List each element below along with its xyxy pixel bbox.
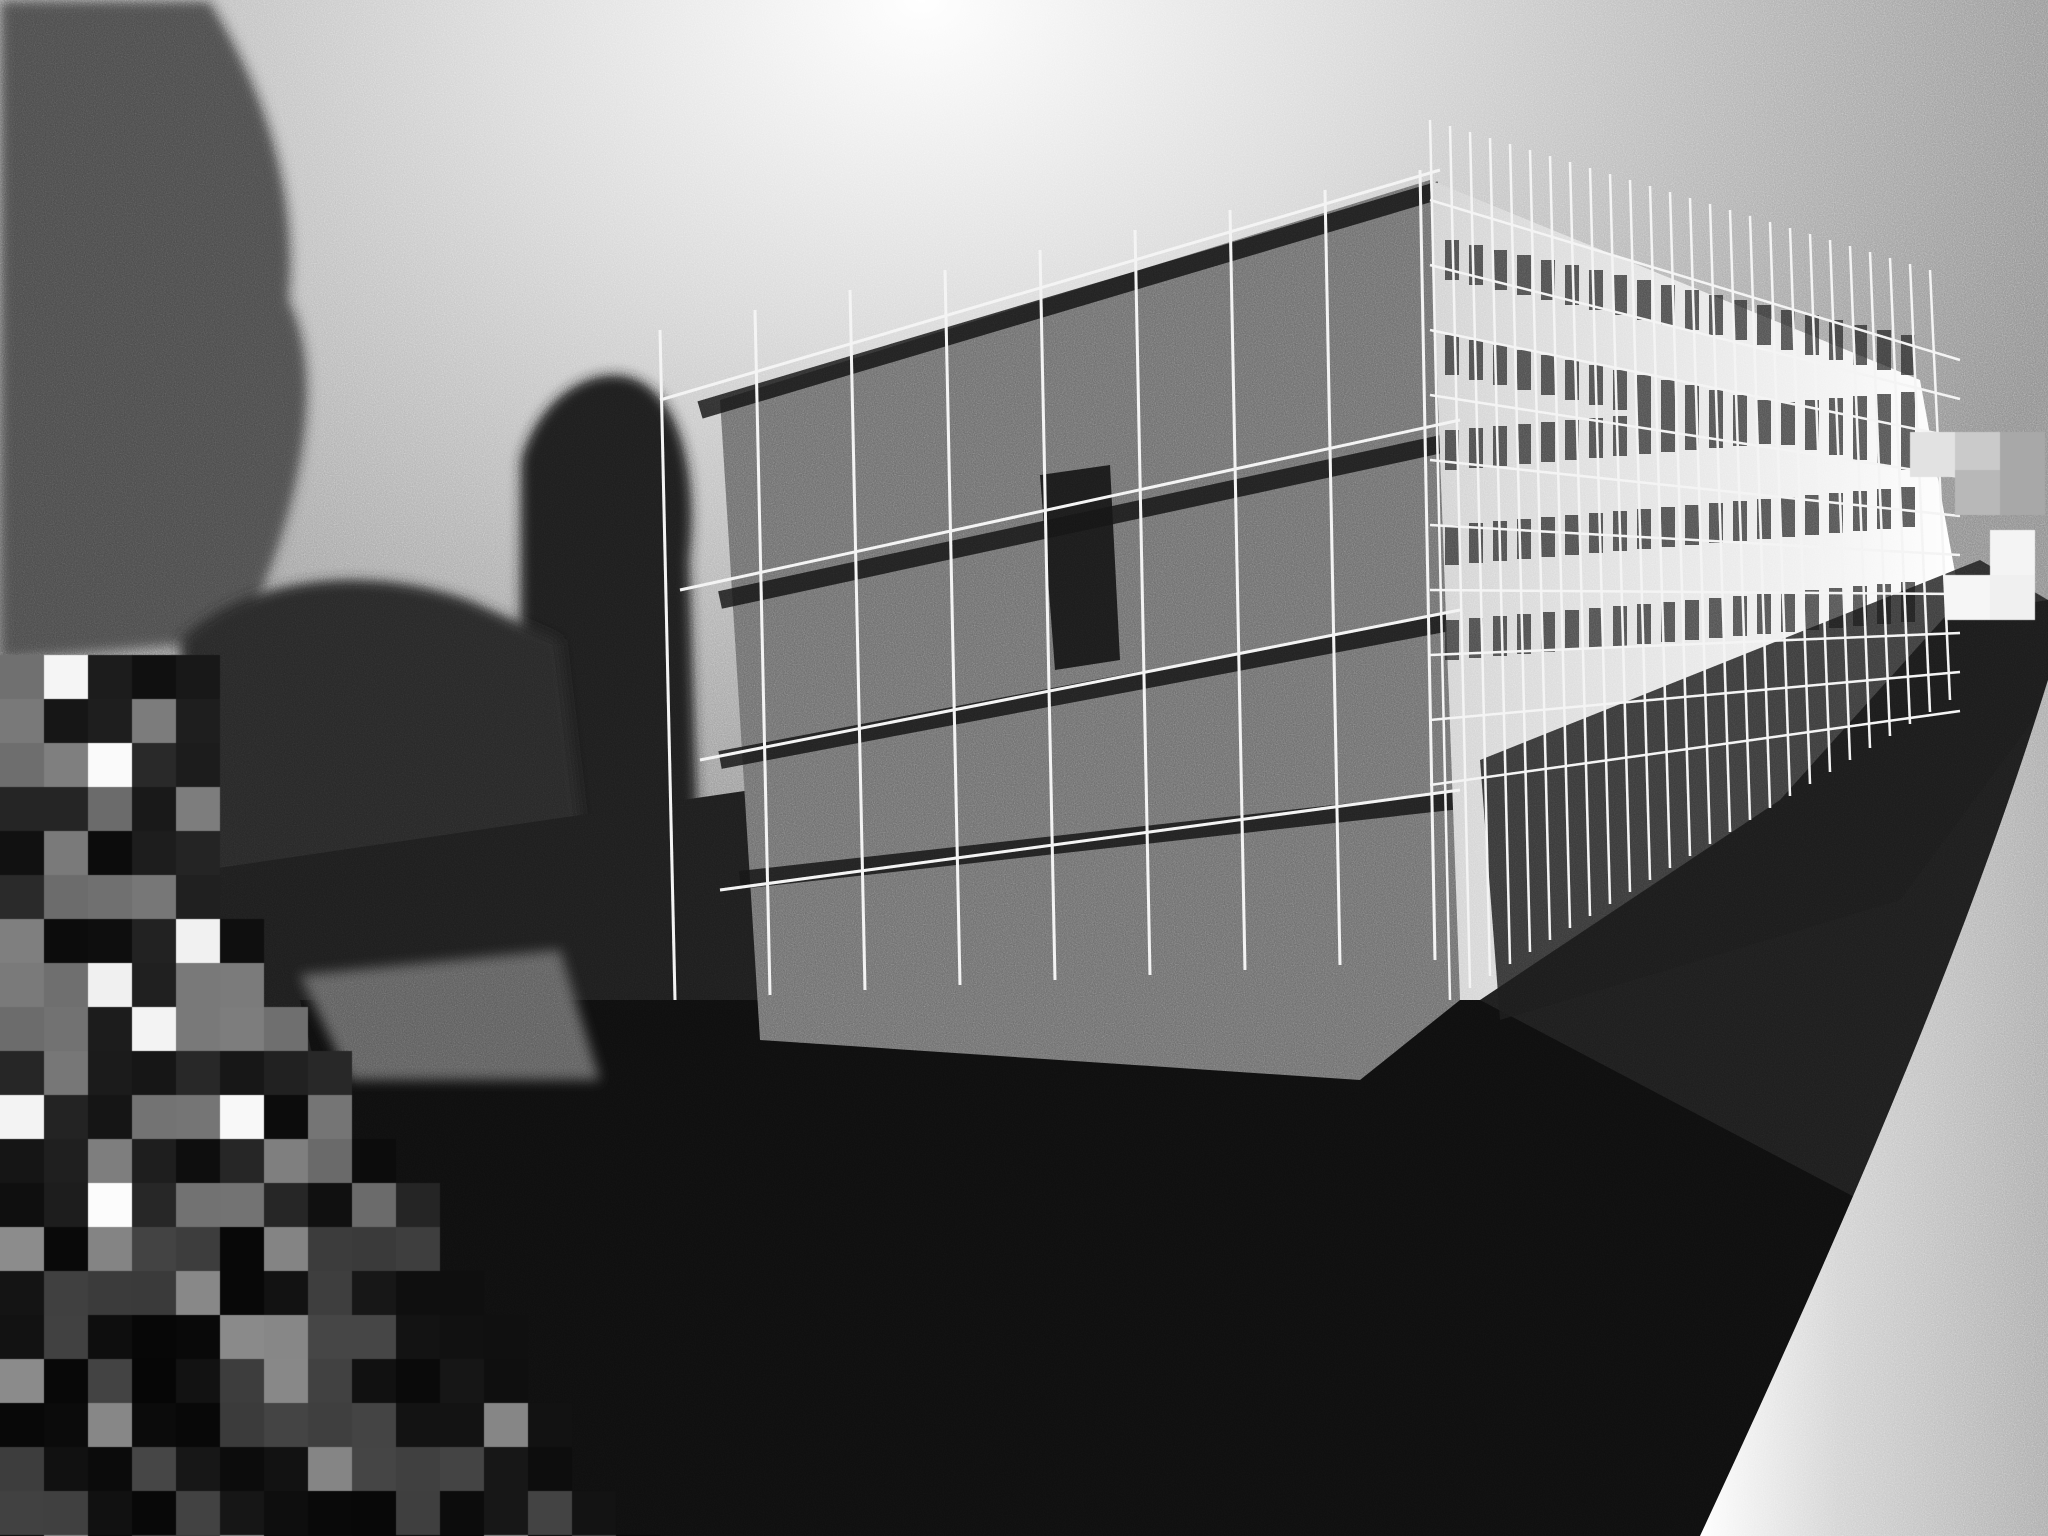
photo-scene xyxy=(0,0,2048,1536)
pixelated-privacy-mosaic xyxy=(0,0,2048,1536)
